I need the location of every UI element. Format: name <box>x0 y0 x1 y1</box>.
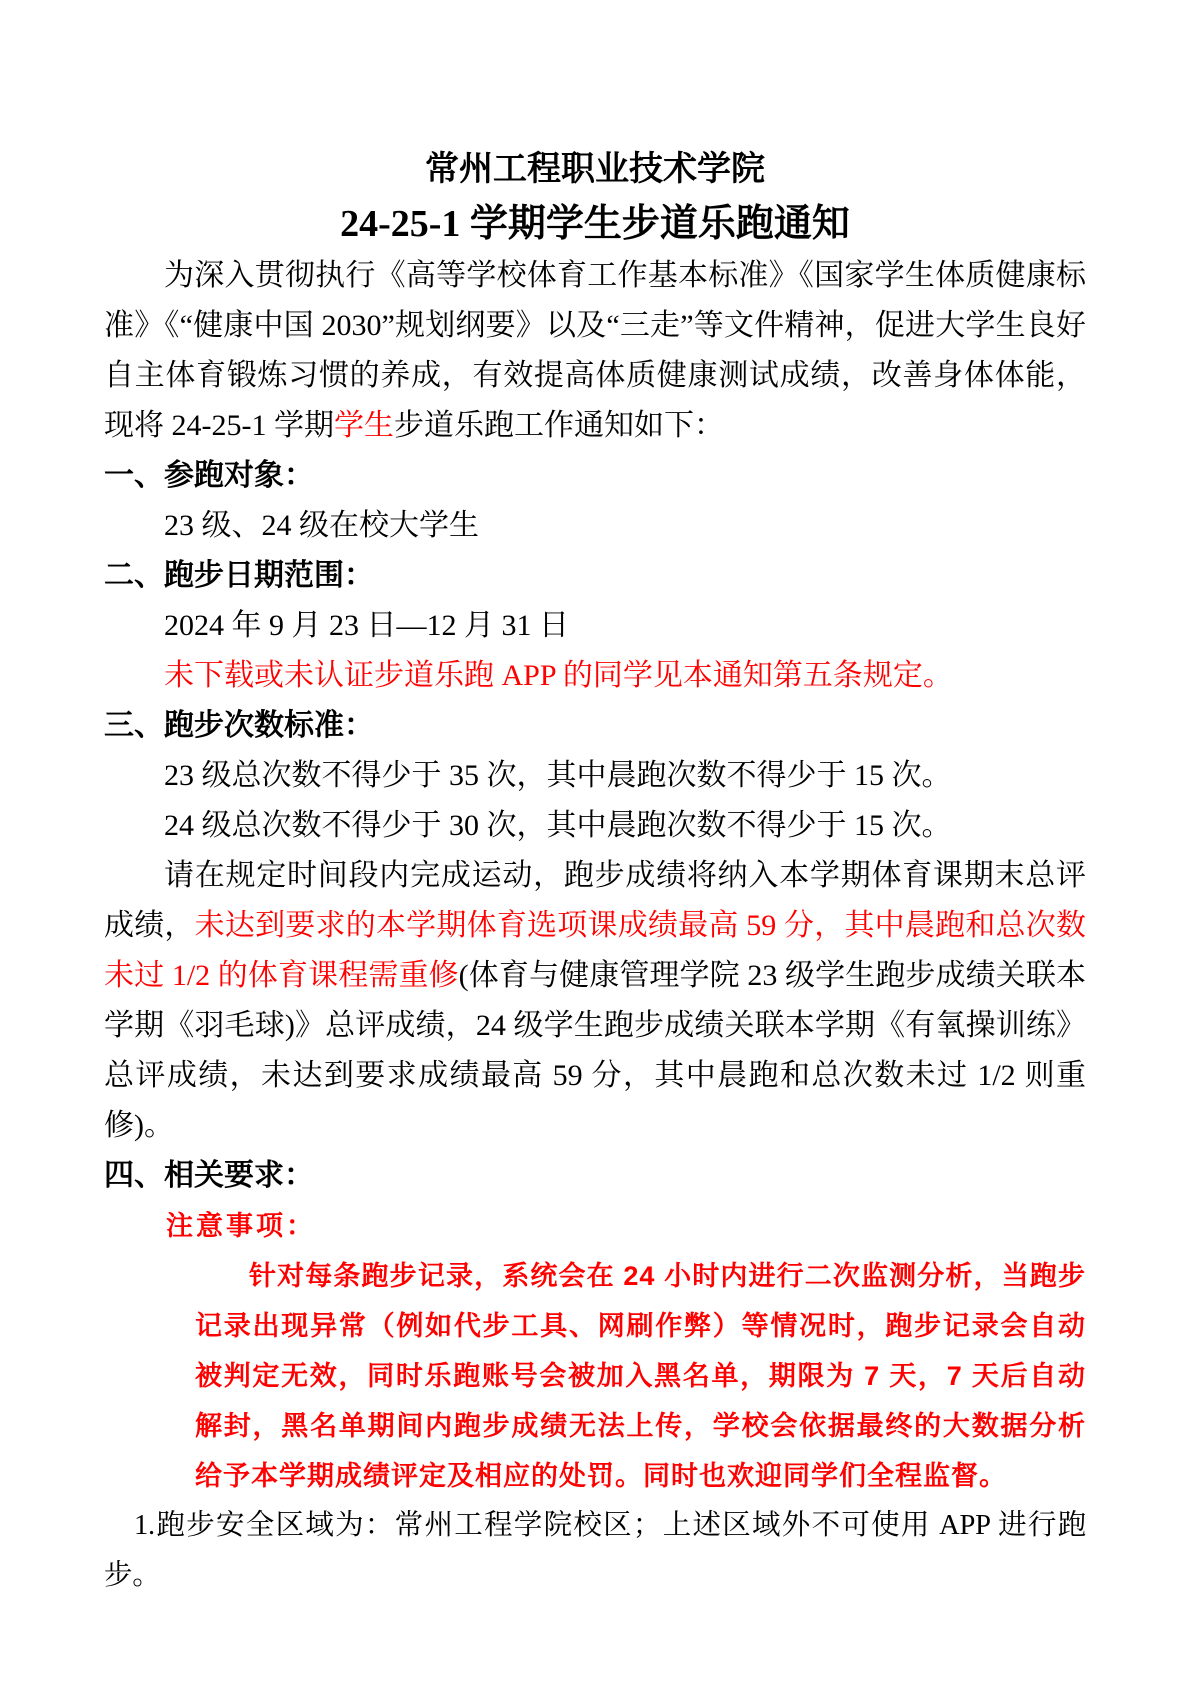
section1-eligible-runners: 23 级、24 级在校大学生 <box>104 501 1086 551</box>
document-title-line2: 24-25-1 学期学生步道乐跑通知 <box>104 197 1086 251</box>
document-title-line1: 常州工程职业技术学院 <box>104 143 1086 197</box>
section3-heading: 三、跑步次数标准： <box>104 701 1086 751</box>
section3-detail-paragraph: 请在规定时间段内完成运动，跑步成绩将纳入本学期体育课期末总评成绩，未达到要求的本… <box>104 851 1086 1151</box>
document-page: 常州工程职业技术学院 24-25-1 学期学生步道乐跑通知 为深入贯彻执行《高等… <box>104 143 1086 1601</box>
intro-text-tail: 步道乐跑工作通知如下： <box>394 409 724 442</box>
section4-heading: 四、相关要求： <box>104 1151 1086 1201</box>
section4-item1-safe-zone: 1.跑步安全区域为：常州工程学院校区；上述区域外不可使用 APP 进行跑步。 <box>104 1501 1086 1601</box>
notice-label: 注意事项： <box>166 1201 1086 1251</box>
intro-highlight-students: 学生 <box>334 409 394 442</box>
section2-date-range: 2024 年 9 月 23 日—12 月 31 日 <box>104 601 1086 651</box>
section3-rule-grade24: 24 级总次数不得少于 30 次，其中晨跑次数不得少于 15 次。 <box>104 801 1086 851</box>
section1-heading: 一、参跑对象： <box>104 451 1086 501</box>
section2-app-warning: 未下载或未认证步道乐跑 APP 的同学见本通知第五条规定。 <box>104 651 1086 701</box>
notice-body: 针对每条跑步记录，系统会在 24 小时内进行二次监测分析，当跑步记录出现异常（例… <box>195 1251 1086 1501</box>
intro-paragraph: 为深入贯彻执行《高等学校体育工作基本标准》《国家学生体质健康标准》《“健康中国 … <box>104 251 1086 451</box>
section3-rule-grade23: 23 级总次数不得少于 35 次，其中晨跑次数不得少于 15 次。 <box>104 751 1086 801</box>
section2-heading: 二、跑步日期范围： <box>104 551 1086 601</box>
